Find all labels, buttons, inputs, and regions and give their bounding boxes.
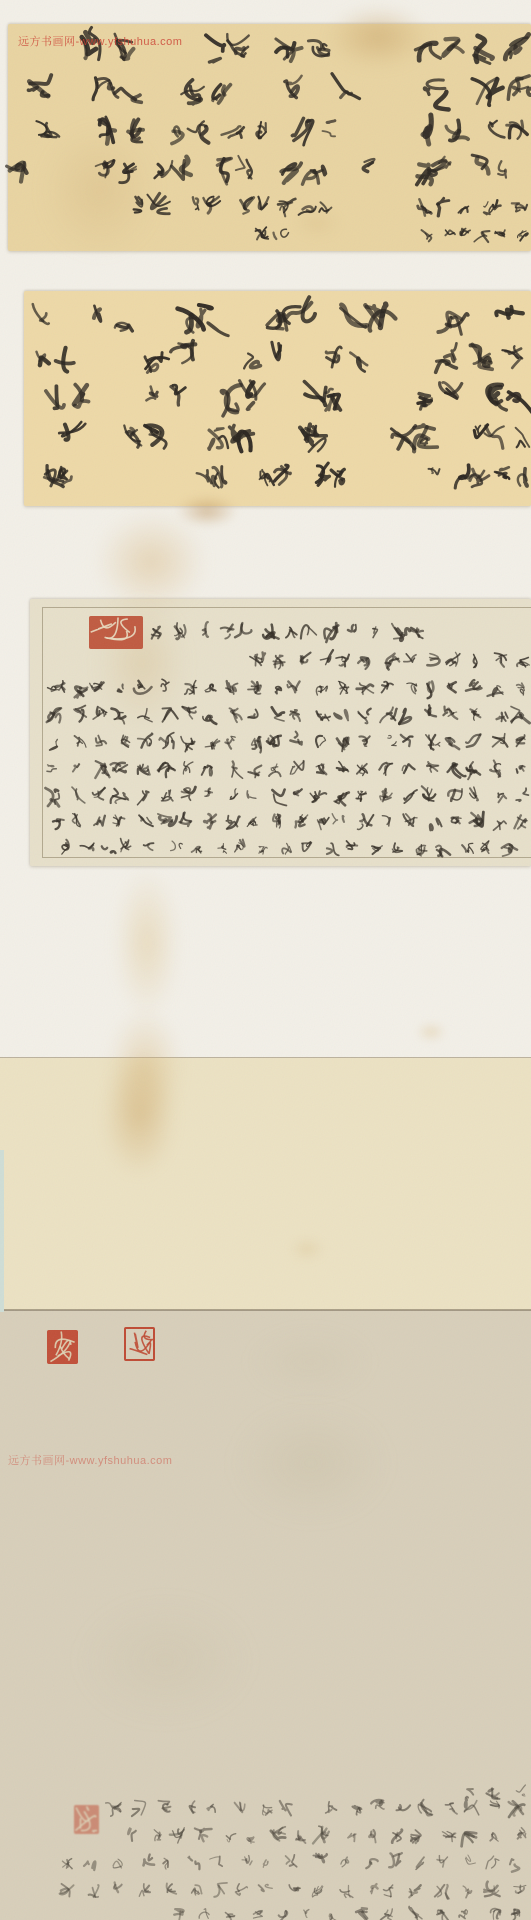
faded-seal-bottom-carved-characters <box>74 1805 99 1834</box>
faded-seal-bottom <box>74 1805 99 1834</box>
colophon-seal-panel3-carved-characters <box>89 616 143 649</box>
collector-seal-right-carved-characters <box>126 1329 155 1361</box>
colophon-seal-panel3 <box>89 616 143 649</box>
collector-seal-left <box>47 1330 78 1364</box>
paper-joint-line-2 <box>0 1309 531 1311</box>
scroll-photo: 远方书画网-www.yfshuhua.com 远方书画网-www.yfshuhu… <box>0 0 531 1920</box>
calligraphy-panel-1 <box>8 24 531 251</box>
collector-seal-left-carved-characters <box>47 1330 78 1364</box>
calligraphy-panel-2 <box>24 291 531 506</box>
mount-band-2 <box>0 1058 531 1310</box>
collector-seal-right <box>124 1327 155 1361</box>
paper-joint-line-1 <box>0 1057 531 1058</box>
